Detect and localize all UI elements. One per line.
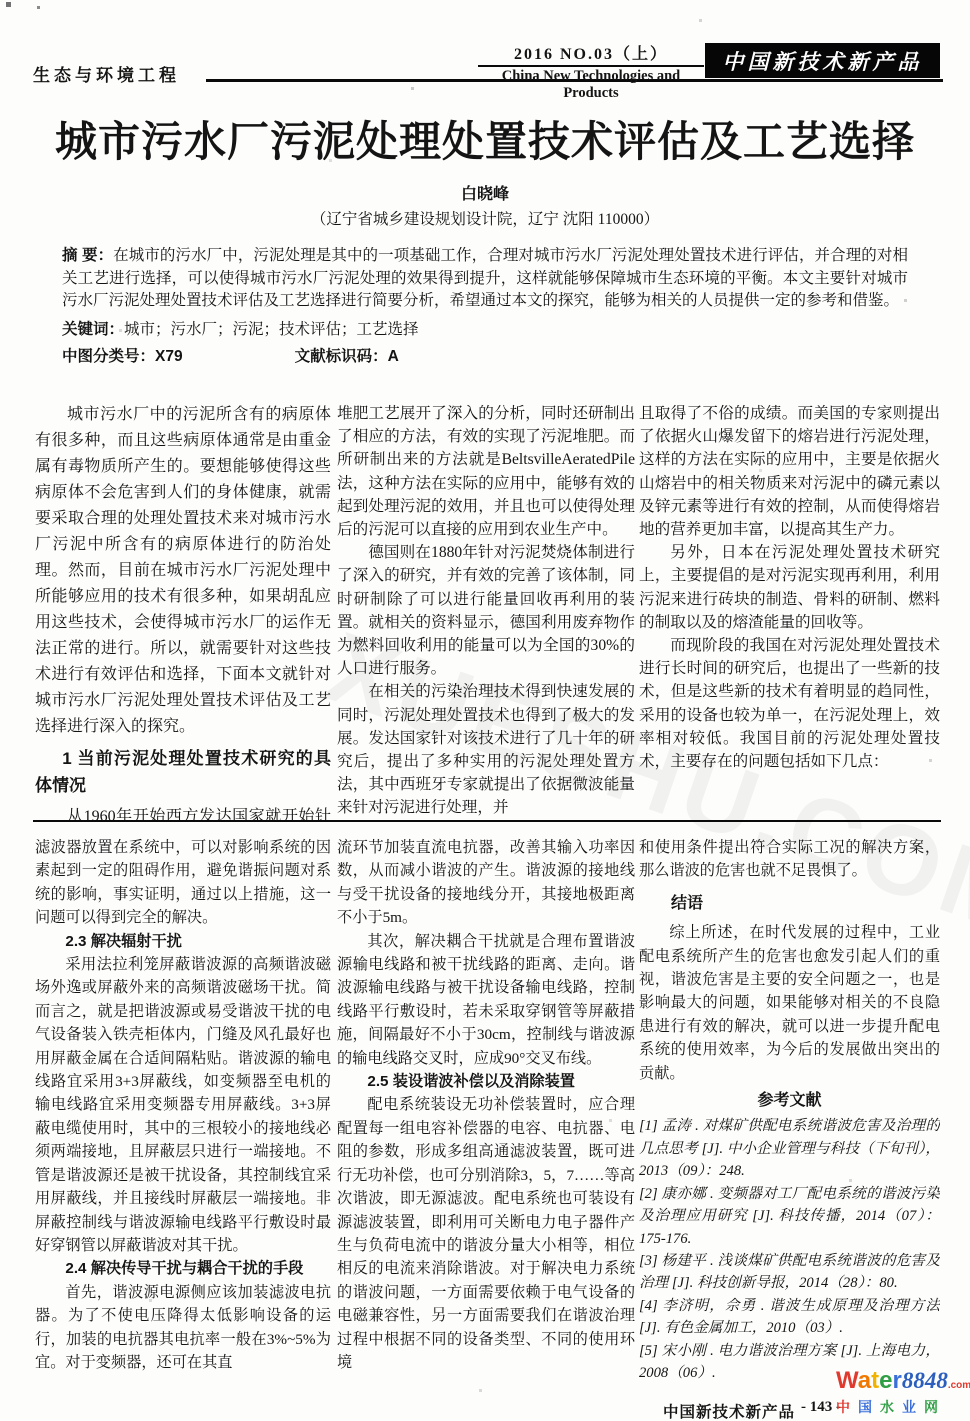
abstract-block: 摘 要：在城市的污水厂中，污泥处理是其中的一项基础工作，合理对城市污水厂污泥处理… — [62, 245, 908, 366]
footer-journal-name: 中国新技术新产品 — [663, 1400, 795, 1421]
page-number: - 143 - — [801, 1399, 841, 1416]
logo-letter: t — [871, 1367, 879, 1394]
column-bottom-2: 流环节加装直流电抗器，改善其输入功率因数，从而减小谐波的产生。谐波源的接地线与受… — [337, 836, 635, 1396]
paragraph-continued: 堆肥工艺展开了深入的分析，同时还研制出了相应的方法，有效的实现了污泥堆肥。而所研… — [337, 402, 635, 541]
classification-row: 中图分类号：X79文献标识码：A — [62, 344, 908, 366]
keywords: 关键词：城市；污水厂；污泥；技术评估；工艺选择 — [62, 317, 908, 339]
logo-cn-char: 网 — [924, 1399, 946, 1415]
logo-letter: a — [858, 1367, 871, 1394]
logo-cn-char: 水 — [880, 1399, 902, 1415]
paragraph: 另外，日本在污泥处理处置技术研究上，主要提倡的是对污泥实现再利用，利用污泥来进行… — [639, 541, 940, 634]
logo-letter: e — [879, 1367, 892, 1394]
water8848-logo: Water8848.com 中国水业网 — [836, 1368, 968, 1416]
paragraph: 采用法拉利笼屏蔽谐波源的高频谐波磁场外逸或屏蔽外来的高频谐波磁场干扰。简而言之，… — [35, 953, 331, 1257]
column-top-3: 且取得了不俗的成绩。而美国的专家则提出了依据火山爆发留下的熔岩进行污泥处理，这样… — [639, 402, 940, 820]
conclusion-paragraph: 综上所述，在时代发展的过程中，工业配电系统所产生的危害也愈发引起人们的重视，谐波… — [639, 921, 940, 1085]
abstract-label: 摘 要： — [62, 247, 113, 264]
conclusion-heading: 结语 — [639, 892, 940, 915]
doc-type-code: 文献标识码：A — [295, 348, 399, 365]
paragraph: 从1960年开始西方发达国家就开始针对污泥处理处置技术实施分析和探究。而美国在1… — [35, 804, 331, 820]
section-divider — [33, 820, 941, 822]
journal-english-name: China New Technologies and Products — [478, 67, 704, 102]
paragraph: 在相关的污染治理技术得到快速发展的同时，污泥处理处置技术也得到了极大的发展。发达… — [337, 680, 635, 819]
column-bottom-3: 和使用条件提出符合实际工况的解决方案，那么谐波的危害也就不足畏惧了。 结语 综上… — [639, 836, 940, 1396]
paragraph-intro: 城市污水厂中的污泥所含有的病原体有很多种，而且这些病原体通常是由重金属有毒物质所… — [35, 402, 331, 740]
keywords-label: 关键词： — [62, 321, 124, 338]
paragraph: 而现阶段的我国在对污泥处理处置技术进行长时间的研究后，也提出了一些新的技术，但是… — [639, 634, 940, 773]
section-label: 生态与环境工程 — [33, 61, 180, 86]
paragraph-continued: 流环节加装直流电抗器，改善其输入功率因数，从而减小谐波的产生。谐波源的接地线与受… — [337, 836, 635, 930]
heading-2-3: 2.3 解决辐射干扰 — [35, 930, 331, 953]
column-top-1: 城市污水厂中的污泥所含有的病原体有很多种，而且这些病原体通常是由重金属有毒物质所… — [35, 402, 331, 820]
heading-2-4: 2.4 解决传导干扰与耦合干扰的手段 — [35, 1257, 331, 1280]
paragraph: 配电系统装设无功补偿装置时，应合理配置每一组电容补偿器的电容、电抗器、电阻的参数… — [337, 1093, 635, 1374]
abstract: 摘 要：在城市的污水厂中，污泥处理是其中的一项基础工作，合理对城市污水厂污泥处理… — [62, 245, 908, 313]
paragraph-continued: 和使用条件提出符合实际工况的解决方案，那么谐波的危害也就不足畏惧了。 — [639, 836, 940, 883]
logo-chinese-name: 中国水业网 — [836, 1399, 968, 1416]
abstract-text: 在城市的污水厂中，污泥处理是其中的一项基础工作，合理对城市污水厂污泥处理处置技术… — [62, 247, 908, 309]
paragraph: 德国则在1880年针对污泥焚烧体制进行了深入的研究，并有效的完善了该体制，同时研… — [337, 541, 635, 680]
logo-letter: r — [892, 1367, 901, 1394]
logo-wordmark: Water8848.com — [836, 1368, 968, 1399]
logo-com: .com — [948, 1380, 970, 1391]
article-title: 城市污水厂污泥处理处置技术评估及工艺选择 — [0, 109, 970, 169]
logo-cn-char: 国 — [858, 1399, 880, 1415]
issue-block: 2016 NO.03（上） China New Technologies and… — [478, 41, 704, 102]
logo-water-letters: Water — [836, 1367, 902, 1394]
column-top-2: 堆肥工艺展开了深入的分析，同时还研制出了相应的方法，有效的实现了污泥堆肥。而所研… — [337, 402, 635, 820]
keywords-text: 城市；污水厂；污泥；技术评估；工艺选择 — [124, 321, 419, 338]
journal-name-box: 中国新技术新产品 — [705, 43, 940, 78]
reference-item: [4] 李济明，佘勇 . 谐波生成原理及治理方法 [J]. 有色金属加工，201… — [639, 1295, 940, 1340]
journal-page: XUESHU.COM 生态与环境工程 2016 NO.03（上） China N… — [0, 0, 970, 1421]
clc-code: 中图分类号：X79 — [62, 348, 183, 365]
logo-letter: W — [836, 1367, 858, 1394]
paragraph-continued: 滤波器放置在系统中，可以对影响系统的因素起到一定的阻碍作用，避免谐振问题对系统的… — [35, 836, 331, 930]
reference-item: [2] 康亦娜 . 变频器对工厂配电系统的谐波污染及治理应用研究 [J]. 科技… — [639, 1183, 940, 1250]
issue-number: 2016 NO.03（上） — [478, 41, 704, 67]
affiliation: （辽宁省城乡建设规划设计院，辽宁 沈阳 110000） — [0, 207, 970, 229]
section-1-heading: 1 当前污泥处理处置技术研究的具体情况 — [35, 745, 331, 799]
column-bottom-1: 滤波器放置在系统中，可以对影响系统的因素起到一定的阻碍作用，避免谐振问题对系统的… — [35, 836, 331, 1396]
references-heading: 参考文献 — [639, 1089, 940, 1112]
logo-cn-char: 中 — [836, 1399, 858, 1415]
paragraph: 其次，解决耦合干扰就是合理布置谐波源输电线路和被干扰线路的距离、走向。谐波源输电… — [337, 930, 635, 1070]
logo-number: 8848 — [902, 1368, 948, 1393]
reference-item: [3] 杨建平 . 浅谈煤矿供配电系统谐波的危害及治理 [J]. 科技创新导报，… — [639, 1250, 940, 1295]
paragraph: 首先，谐波源电源侧应该加装滤波电抗器。为了不使电压降得太低影响设备的运行，加装的… — [35, 1281, 331, 1375]
logo-cn-char: 业 — [902, 1399, 924, 1415]
paragraph-continued: 且取得了不俗的成绩。而美国的专家则提出了依据火山爆发留下的熔岩进行污泥处理，这样… — [639, 402, 940, 541]
author-name: 白晓峰 — [0, 181, 970, 204]
scan-speckles — [0, 0, 1, 1]
reference-item: [1] 孟涛 . 对煤矿供配电系统谐波危害及治理的几点思考 [J]. 中小企业管… — [639, 1115, 940, 1182]
heading-2-5: 2.5 装设谐波补偿以及消除装置 — [337, 1070, 635, 1093]
